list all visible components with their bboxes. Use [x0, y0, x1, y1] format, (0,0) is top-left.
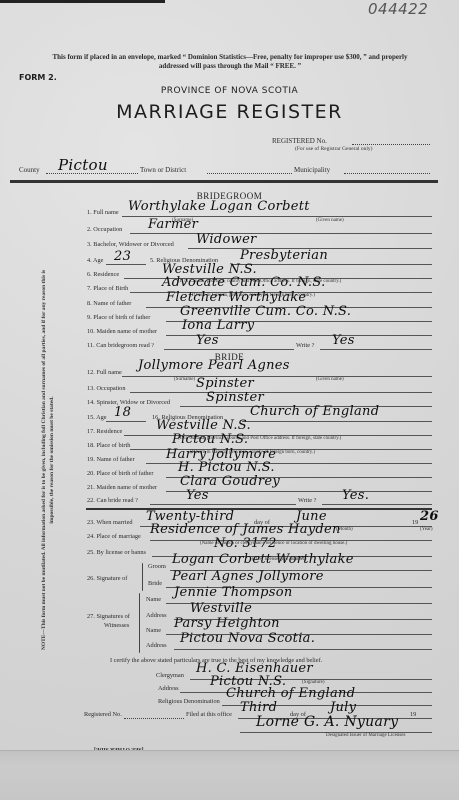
bride-occupation-value[interactable]: Spinster — [196, 376, 254, 391]
groom-age-line — [106, 264, 146, 265]
place-of-marriage-value[interactable]: Residence of James Hayden — [150, 522, 341, 537]
witness2-address-line — [174, 649, 432, 650]
registered-no-hint: (For use of Registrar General only) — [295, 146, 372, 152]
form-number: FORM 2. — [19, 73, 57, 82]
reference-number: 044422 — [368, 0, 428, 18]
bride-age-line — [106, 421, 146, 422]
bride-father-birthplace-value[interactable]: H. Pictou N.S. — [178, 460, 275, 475]
witness2-name-value[interactable]: Parsy Heighton — [174, 616, 280, 631]
groom-occupation-line — [130, 233, 432, 234]
groom-father-birthplace-label: 9. Place of birth of father — [87, 314, 150, 321]
registered-no-label: REGISTERED No. — [272, 137, 327, 145]
bride-occupation-line — [130, 392, 432, 393]
filed-label: Filed at this office — [186, 711, 232, 718]
witness2-name-label: Name — [146, 627, 161, 634]
header-divider — [10, 180, 438, 183]
year-prefix: 19 — [412, 519, 418, 526]
witness1-address-label: Address — [146, 612, 167, 619]
bride-father-label: 19. Name of father — [87, 456, 135, 463]
groom-occupation-label: 2. Occupation — [87, 226, 122, 233]
bride-religion-line — [242, 421, 432, 422]
county-value[interactable]: Pictou — [58, 156, 108, 174]
groom-father-birthplace-value[interactable]: Greenville Cum. Co. N.S. — [180, 304, 351, 319]
province-heading: PROVINCE OF NOVA SCOTIA — [0, 86, 459, 96]
bride-religion-value[interactable]: Church of England — [250, 404, 379, 419]
clergyman-label: Clergyman — [156, 672, 184, 679]
witnesses-label-2: Witnesses — [104, 622, 129, 629]
clergy-address-label: Address — [158, 685, 179, 692]
groom-birthplace-label: 7. Place of Birth — [87, 285, 128, 292]
bride-write-line — [322, 504, 432, 505]
bride-mother-label: 21. Maiden name of mother — [87, 484, 157, 491]
licence-label: 25. By license or banns — [87, 549, 146, 556]
witness2-address-value[interactable]: Pictou Nova Scotia. — [180, 631, 315, 646]
signature-brace — [142, 563, 143, 591]
witness1-name-label: Name — [146, 596, 161, 603]
bride-read-label: 22. Can bride read ? — [87, 497, 138, 504]
marriage-register-form: 044422 This form if placed in an envelop… — [0, 0, 459, 750]
bride-mother-value[interactable]: Clara Goudrey — [180, 474, 280, 489]
witness-brace — [139, 593, 140, 653]
groom-occupation-value[interactable]: Farmer — [148, 217, 198, 232]
bride-read-value[interactable]: Yes — [186, 488, 209, 503]
signature-of-label: 26. Signature of — [87, 575, 127, 582]
witness1-address-value[interactable]: Westville — [190, 601, 252, 616]
marriage-year-value[interactable]: 26 — [420, 509, 439, 524]
town-line[interactable] — [207, 173, 292, 174]
filed-year-prefix: 19 — [410, 711, 416, 718]
bride-age-label: 15. Age — [87, 414, 107, 421]
groom-full-name-label: 1. Full name — [87, 209, 119, 216]
bride-father-birthplace-label: 20. Place of birth of father — [87, 470, 153, 477]
groom-age-label: 4. Age — [87, 257, 103, 264]
groom-religion-line — [232, 264, 432, 265]
town-label: Town or District — [140, 166, 186, 174]
witnesses-label-1: 27. Signatures of — [87, 613, 130, 620]
bride-birthplace-value[interactable]: Pictou N.S. — [172, 432, 248, 447]
witness1-name-value[interactable]: Jennie Thompson — [174, 585, 293, 600]
side-note: NOTE—This form must not be mutilated. Al… — [40, 260, 64, 660]
municipality-line[interactable] — [344, 173, 430, 174]
bride-read-line — [150, 504, 296, 505]
groom-status-value[interactable]: Widower — [196, 232, 257, 247]
filed-month-value[interactable]: July — [330, 700, 356, 715]
bride-birthplace-label: 18. Place of birth — [87, 442, 130, 449]
page-title: MARRIAGE REGISTER — [0, 101, 459, 123]
licence-value[interactable]: No. 3172 — [214, 536, 277, 551]
groom-status-label: 3. Bachelor, Widower or Divorced — [87, 241, 174, 248]
registered-no-line — [352, 144, 430, 145]
bride-surname-hint: (Surname) — [174, 377, 195, 382]
groom-father-value[interactable]: Fletcher Worthylake — [166, 290, 306, 305]
bride-residence-value[interactable]: Westville N.S. — [156, 418, 251, 433]
bride-residence-label: 17. Residence — [87, 428, 122, 435]
groom-father-label: 8. Name of father — [87, 300, 131, 307]
filed-day-value[interactable]: Third — [240, 700, 277, 715]
when-married-label: 23. When married — [87, 519, 133, 526]
page-fold — [0, 750, 459, 800]
county-label: County — [19, 166, 40, 174]
groom-read-line — [164, 349, 294, 350]
bride-signature-label: Bride — [148, 580, 162, 587]
bride-full-name-label: 12. Full name — [87, 369, 122, 376]
clergy-denomination-label: Religious Denomination — [158, 698, 220, 705]
postal-notice: This form if placed in an envelope, mark… — [40, 53, 420, 71]
witness2-address-label: Address — [146, 642, 167, 649]
groom-write-value[interactable]: Yes — [332, 333, 355, 348]
groom-age-value[interactable]: 23 — [114, 249, 131, 264]
groom-residence-label: 6. Residence — [87, 271, 119, 278]
filing-registered-line[interactable] — [124, 718, 184, 719]
bride-write-label: Write ? — [298, 497, 316, 504]
groom-signature-label: Groom — [148, 563, 166, 570]
groom-write-label: Write ? — [296, 342, 314, 349]
groom-write-line — [320, 349, 432, 350]
given-name-hint: (Given name) — [316, 218, 344, 223]
bride-occupation-label: 13. Occupation — [87, 385, 125, 392]
groom-religion-value[interactable]: Presbyterian — [240, 248, 328, 263]
groom-read-label: 11. Can bridegroom read ? — [87, 342, 154, 349]
groom-read-value[interactable]: Yes — [196, 333, 219, 348]
issuer-signature[interactable]: Lorne G. A. Nyuary — [256, 714, 398, 730]
bride-divider — [86, 508, 432, 510]
groom-signature-value[interactable]: Logan Corbett Worthylake — [172, 552, 354, 567]
signature-hint: (Signature) — [302, 680, 325, 685]
scan-edge — [0, 0, 165, 3]
groom-full-name-value[interactable]: Worthylake Logan Corbett — [128, 199, 310, 214]
groom-birthplace-value[interactable]: Advocate Cum. Co. N.S. — [162, 275, 326, 290]
groom-mother-label: 10. Maiden name of mother — [87, 328, 157, 335]
groom-mother-value[interactable]: Iona Larry — [182, 318, 254, 333]
municipality-label: Municipality — [294, 166, 330, 174]
bride-full-name-line — [122, 376, 432, 377]
bride-full-name-value[interactable]: Jollymore Pearl Agnes — [138, 358, 290, 373]
bride-given-name-hint: (Given name) — [316, 377, 344, 382]
issuer-hint: Designated Issuer of Marriage Licenses — [326, 733, 405, 738]
bride-age-value[interactable]: 18 — [114, 405, 131, 420]
place-of-marriage-label: 24. Place of marriage — [87, 533, 141, 540]
bride-write-value[interactable]: Yes. — [342, 488, 369, 503]
clergy-denomination-value[interactable]: Church of England — [226, 686, 355, 701]
bride-status-value[interactable]: Spinster — [206, 390, 264, 405]
filing-registered-label: Registered No. — [84, 711, 122, 718]
year-hint: (Year) — [420, 527, 433, 532]
bride-signature-value[interactable]: Pearl Agnes Jollymore — [172, 569, 324, 584]
